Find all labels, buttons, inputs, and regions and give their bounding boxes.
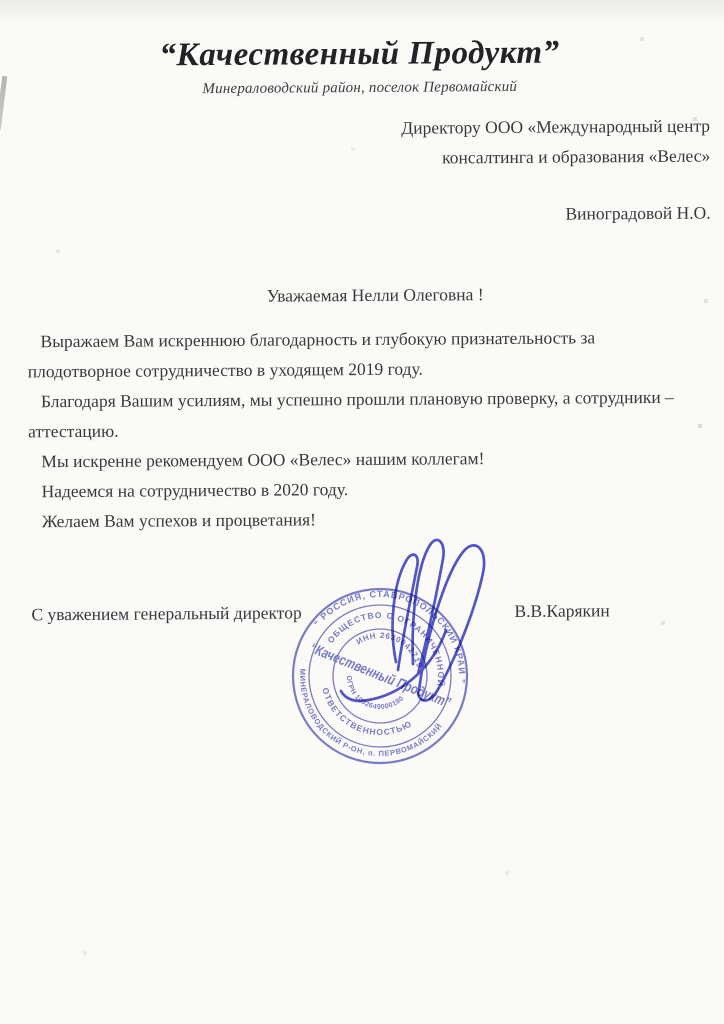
body-line: Надеемся на сотрудничество в 2020 году. — [28, 472, 688, 507]
body-line: Мы искренне рекомендуем ООО «Велес» наши… — [28, 442, 688, 477]
company-stamp: “ РОССИЯ, СТАВРОПОЛЬСКИЙ КРАЙ ” МИНЕРАЛО… — [260, 556, 500, 796]
letter-content: “Качественный Продукт” Минераловодский р… — [0, 0, 724, 1024]
addressee-line: Директору ООО «Международный центр — [401, 111, 710, 143]
body-line: Выражаем Вам искреннюю благодарность и г… — [27, 322, 687, 357]
body-line: Благодаря Вашим усилиям, мы успешно прош… — [28, 382, 688, 417]
body-line: плодотворное сотрудничество в уходящем 2… — [28, 352, 688, 387]
body-line: Желаем Вам успехов и процветания! — [29, 502, 689, 537]
salutation-line: Уважаемая Нелли Олеговна ! — [27, 282, 723, 308]
svg-text:ОТВЕТСТВЕННОСТЬЮ: ОТВЕТСТВЕННОСТЬЮ — [310, 683, 416, 751]
addressee-line: консалтинга и образования «Велес» — [401, 141, 710, 173]
body-line: аттестацию. — [28, 412, 688, 447]
addressee-block: Директору ООО «Международный центр конса… — [401, 111, 710, 173]
signatory-name: В.В.Карякин — [514, 600, 609, 622]
addressee-recipient-name: Виноградовой Н.О. — [565, 203, 710, 225]
stamp-mid-bottom-text: ОТВЕТСТВЕННОСТЬЮ — [310, 683, 416, 751]
company-name-title: “Качественный Продукт” — [0, 33, 722, 75]
company-location-subtitle: Минераловодский район, поселок Первомайс… — [0, 77, 722, 99]
letter-body: Выражаем Вам искреннюю благодарность и г… — [27, 322, 688, 537]
scan-page: “Качественный Продукт” Минераловодский р… — [0, 0, 724, 1024]
